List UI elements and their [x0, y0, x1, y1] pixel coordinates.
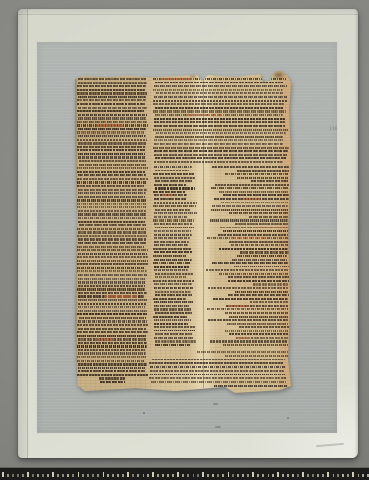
script-line — [225, 312, 289, 314]
script-line — [78, 174, 146, 176]
script-line — [77, 288, 145, 290]
script-line — [78, 253, 146, 255]
script-line — [154, 326, 196, 328]
script-line — [155, 291, 191, 293]
script-line — [235, 291, 288, 293]
rubric-span — [257, 227, 292, 229]
script-line — [153, 298, 185, 300]
ruler-tick — [307, 474, 309, 477]
ruler-tick — [87, 474, 89, 477]
script-line — [78, 338, 145, 341]
script-line — [219, 273, 288, 275]
rubric-span — [243, 198, 262, 200]
ruler-tick — [317, 474, 319, 477]
ruler-tick — [302, 472, 304, 477]
ruler-tick — [247, 474, 249, 477]
script-line — [78, 278, 146, 280]
script-line — [77, 324, 148, 326]
script-line — [154, 161, 283, 163]
script-line — [210, 340, 289, 342]
script-line — [237, 170, 289, 172]
ruler-tick — [202, 472, 204, 477]
script-line — [77, 139, 147, 141]
ruler-tick — [362, 474, 364, 477]
script-line — [154, 143, 284, 145]
rubric-span — [187, 114, 224, 116]
ruler-tick — [193, 474, 195, 477]
script-line — [154, 166, 192, 168]
ruler-tick — [187, 474, 189, 477]
script-line — [156, 132, 287, 134]
script-line — [154, 269, 188, 271]
script-line — [78, 367, 145, 369]
script-line — [78, 303, 146, 305]
script-line — [100, 381, 125, 383]
ruler-tick — [47, 474, 49, 477]
ruler-tick — [82, 474, 84, 477]
script-line — [78, 213, 147, 215]
mat-pencil-mark-2 — [213, 403, 218, 405]
ruler-tick — [297, 474, 299, 477]
ruler-tick — [257, 474, 259, 477]
script-line — [154, 283, 192, 285]
script-line — [77, 171, 144, 173]
ruler-tick — [342, 474, 344, 477]
ruler-tick — [17, 474, 19, 477]
script-line — [154, 202, 196, 204]
script-line — [78, 217, 146, 219]
script-line — [149, 377, 286, 379]
script-line — [228, 280, 289, 282]
script-line — [77, 167, 148, 169]
script-line — [77, 146, 145, 148]
script-line — [78, 285, 145, 287]
script-line — [154, 259, 191, 261]
script-line — [211, 209, 287, 211]
script-line — [229, 212, 289, 214]
script-line — [78, 328, 146, 330]
script-line — [153, 103, 284, 105]
script-line — [154, 234, 192, 236]
script-line — [78, 306, 146, 308]
script-line — [78, 153, 145, 155]
ruler-tick — [22, 474, 24, 477]
script-line — [154, 177, 196, 179]
script-line — [214, 198, 289, 200]
column-right — [206, 166, 289, 346]
script-line — [154, 216, 188, 218]
script-line — [154, 230, 191, 232]
ruler-tick — [347, 474, 349, 477]
script-line — [154, 154, 287, 156]
ruler-tick — [57, 474, 59, 477]
script-line — [232, 259, 288, 261]
ruler-tick — [242, 474, 244, 477]
ruler-tick — [312, 474, 314, 477]
script-line — [152, 359, 284, 361]
script-line — [77, 345, 147, 347]
ruler-tick — [97, 474, 99, 477]
script-line — [153, 248, 190, 250]
script-line — [153, 89, 283, 91]
column-left — [77, 78, 148, 383]
script-line — [78, 242, 146, 244]
ruler-tick — [252, 472, 254, 477]
rubric-span — [105, 295, 138, 297]
ruler-tick — [2, 472, 4, 477]
script-line — [154, 241, 189, 243]
script-line — [240, 251, 289, 253]
script-line — [79, 224, 146, 226]
script-line — [77, 131, 144, 133]
script-line — [215, 184, 288, 186]
ruler-tick — [262, 474, 264, 477]
script-line — [77, 260, 148, 262]
ruler-tick — [277, 472, 279, 477]
ruler-tick — [197, 474, 199, 477]
script-line — [77, 235, 146, 237]
script-line — [155, 136, 283, 138]
script-line — [78, 221, 145, 223]
ruler-tick — [327, 472, 329, 477]
script-line — [155, 273, 193, 275]
script-line — [237, 177, 289, 179]
ruler-tick — [157, 474, 159, 477]
ruler-tick — [127, 472, 129, 477]
script-line — [155, 344, 191, 346]
script-line — [78, 352, 146, 354]
rubric-span — [162, 194, 175, 196]
ruler-tick — [122, 474, 124, 477]
script-line — [77, 313, 147, 315]
script-line — [154, 237, 190, 239]
script-line — [235, 223, 289, 225]
ruler-tick — [78, 472, 80, 477]
script-line — [155, 294, 193, 296]
script-line — [150, 370, 284, 372]
script-line — [208, 287, 288, 289]
ruler-tick — [27, 472, 29, 477]
script-line — [253, 283, 288, 285]
script-line — [206, 269, 288, 271]
ruler-tick — [292, 474, 294, 477]
script-line — [218, 234, 287, 236]
script-line — [78, 292, 147, 294]
script-line — [154, 125, 285, 127]
script-line — [153, 280, 194, 282]
script-line — [154, 287, 194, 289]
script-line — [78, 78, 147, 80]
script-line — [77, 103, 144, 105]
ruler-tick — [152, 472, 154, 477]
ruler-tick — [117, 474, 119, 477]
script-line — [153, 100, 288, 102]
script-line — [79, 317, 146, 319]
ruler-tick — [232, 474, 234, 477]
ruler-tick — [333, 474, 335, 477]
script-line — [155, 187, 195, 189]
script-line — [229, 241, 289, 243]
ruler-tick — [217, 474, 219, 477]
ruler-tick — [358, 474, 360, 477]
script-line — [221, 202, 288, 204]
rubric-span — [97, 124, 123, 126]
script-line — [219, 248, 287, 250]
ruler-tick — [337, 474, 339, 477]
script-line — [156, 92, 284, 94]
ruler-tick — [62, 474, 64, 477]
ruler-tick — [162, 474, 164, 477]
script-line — [154, 305, 189, 307]
script-line — [77, 267, 144, 269]
script-line — [77, 246, 144, 248]
script-line — [155, 227, 194, 229]
script-line — [154, 198, 186, 200]
script-line — [78, 238, 146, 240]
script-line — [154, 184, 186, 186]
script-line — [153, 173, 194, 175]
script-line — [154, 96, 287, 98]
script-line — [154, 323, 188, 325]
script-line — [78, 210, 146, 212]
script-line — [154, 266, 190, 268]
script-line — [78, 156, 146, 158]
script-line — [223, 344, 287, 346]
ruler-tick — [107, 474, 109, 477]
mat-number-annotation: 116 — [329, 127, 338, 131]
script-line — [226, 305, 287, 307]
script-line — [251, 180, 288, 182]
ruler-tick — [12, 474, 14, 477]
ruler-tick — [143, 474, 145, 477]
script-line — [77, 360, 144, 363]
script-line — [223, 230, 289, 232]
ruler-tick — [207, 474, 209, 477]
ruler-tick — [7, 474, 9, 477]
script-line — [236, 337, 289, 339]
ruler-tick — [42, 474, 44, 477]
column-middle — [153, 166, 196, 346]
script-line — [154, 212, 196, 214]
script-line — [150, 366, 285, 368]
script-line — [77, 335, 145, 337]
ruler-tick — [132, 474, 134, 477]
script-line — [77, 374, 148, 376]
script-line — [155, 276, 186, 278]
script-line — [220, 227, 289, 229]
board-bevel-left — [18, 9, 28, 458]
script-line — [155, 170, 190, 172]
script-line — [77, 249, 148, 251]
script-line — [225, 173, 288, 175]
ruler-tick — [182, 474, 184, 477]
script-line — [78, 310, 147, 312]
script-line — [77, 149, 145, 151]
script-line — [77, 206, 147, 208]
script-line — [77, 185, 144, 187]
ruler-tick — [37, 474, 39, 477]
block-upper-right — [153, 78, 289, 163]
script-line — [250, 301, 288, 303]
script-line — [150, 374, 285, 376]
script-line — [78, 295, 145, 297]
ruler-tick — [282, 474, 284, 477]
rubric-span — [231, 237, 265, 239]
script-line — [207, 237, 288, 239]
script-line — [153, 219, 194, 221]
script-line — [78, 320, 147, 322]
script-line — [78, 299, 147, 301]
mount-board: 116 — [18, 9, 358, 458]
script-line — [153, 78, 286, 80]
script-line — [153, 191, 185, 193]
script-line — [225, 355, 289, 357]
script-line — [154, 150, 288, 152]
ruler-tick — [112, 474, 114, 477]
script-line — [78, 114, 147, 116]
board-bevel-right — [355, 9, 358, 458]
ruler-tick — [92, 474, 94, 477]
script-line — [78, 370, 145, 372]
script-line — [228, 276, 289, 278]
rubric-span — [161, 78, 192, 80]
script-line — [78, 274, 147, 276]
script-line — [99, 377, 126, 379]
script-line — [78, 192, 147, 194]
script-line — [212, 205, 288, 207]
blue-gray-mat: 116 — [37, 42, 337, 433]
script-line — [227, 323, 289, 325]
script-line — [213, 298, 289, 300]
ruler-tick — [177, 472, 179, 477]
ruler-tick — [228, 472, 230, 477]
script-line — [77, 263, 148, 265]
script-line — [77, 199, 145, 201]
ruler-tick — [32, 474, 34, 477]
script-line — [77, 121, 147, 123]
script-line — [154, 244, 187, 246]
script-line — [77, 85, 146, 87]
script-line — [153, 205, 196, 207]
script-line — [77, 181, 147, 183]
script-line — [229, 316, 288, 318]
script-line — [77, 124, 147, 126]
script-line — [79, 164, 146, 166]
ruler-tick — [272, 474, 274, 477]
script-line — [78, 82, 147, 84]
script-line — [155, 157, 287, 159]
script-line — [78, 231, 147, 233]
script-line — [78, 281, 146, 284]
script-line — [153, 129, 288, 131]
papyrus-fragment — [75, 70, 291, 393]
script-line — [77, 331, 148, 333]
script-line — [225, 330, 288, 332]
script-line — [78, 363, 148, 365]
script-line — [153, 255, 185, 257]
script-line — [223, 194, 289, 196]
rubric-span — [228, 305, 248, 307]
photo-background: 116 — [0, 0, 369, 480]
script-line — [153, 262, 191, 264]
script-line — [77, 270, 147, 272]
ruler-tick — [103, 472, 105, 477]
rubric-span — [237, 337, 249, 339]
script-line — [155, 209, 190, 211]
script-line — [155, 107, 284, 109]
script-line — [149, 362, 284, 364]
ruler-tick — [352, 472, 354, 477]
script-line — [77, 228, 145, 230]
script-line — [155, 312, 192, 314]
rubric-span — [98, 338, 113, 341]
script-line — [77, 178, 148, 180]
script-line — [153, 147, 288, 149]
script-line — [78, 128, 145, 130]
script-line — [212, 166, 289, 168]
mat-pencil-dot-1 — [143, 412, 145, 414]
script-line — [77, 92, 147, 94]
script-line — [210, 219, 288, 221]
script-line — [78, 135, 147, 137]
script-line — [77, 256, 148, 258]
script-line — [154, 337, 193, 339]
script-line — [219, 191, 288, 193]
script-line — [154, 301, 193, 303]
script-line — [237, 255, 287, 257]
ruler-tick — [67, 474, 69, 477]
script-line — [78, 117, 145, 120]
script-line — [155, 340, 197, 342]
script-line — [77, 203, 146, 205]
script-line — [228, 294, 289, 296]
ruler-tick — [268, 474, 270, 477]
script-line — [207, 308, 289, 310]
script-line — [154, 330, 197, 332]
script-line — [155, 180, 192, 182]
script-line — [78, 142, 146, 144]
script-line — [197, 351, 288, 353]
script-line — [239, 326, 289, 328]
ruler-tick — [72, 474, 74, 477]
block-lower-right — [149, 351, 289, 387]
script-line — [154, 308, 192, 310]
script-line — [155, 333, 193, 335]
script-line — [234, 266, 289, 268]
ruler-tick — [287, 474, 289, 477]
ruler-tick — [52, 472, 54, 477]
script-line — [229, 333, 288, 335]
script-line — [78, 96, 146, 98]
ruler-tick — [137, 474, 139, 477]
script-line — [212, 262, 289, 264]
script-line — [78, 107, 146, 109]
script-line — [151, 381, 286, 383]
script-line — [249, 216, 288, 218]
script-line — [77, 356, 146, 358]
script-line — [78, 196, 145, 198]
mat-pencil-dot-4 — [287, 417, 289, 419]
script-line — [153, 110, 285, 112]
scale-ruler — [0, 467, 369, 480]
script-line — [78, 342, 147, 345]
script-line — [154, 251, 192, 253]
script-line — [78, 349, 145, 352]
script-line — [77, 99, 146, 101]
script-line — [231, 244, 288, 246]
papyrus-surface — [75, 70, 291, 393]
ruler-tick — [222, 474, 224, 477]
